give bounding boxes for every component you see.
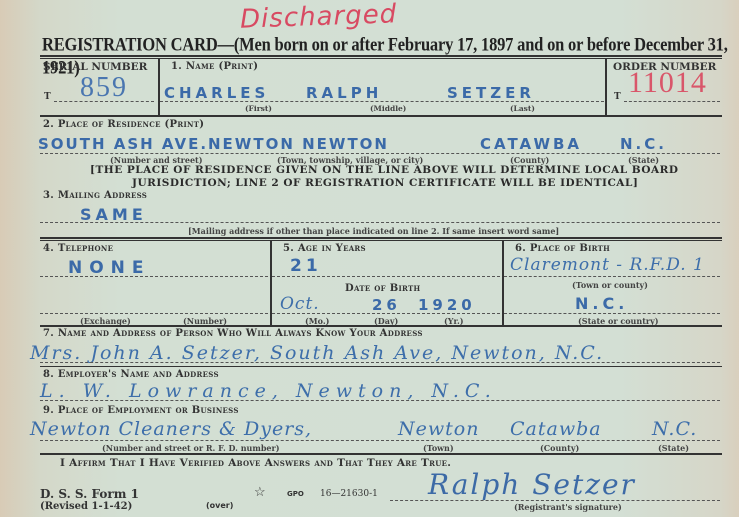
mailing-line — [40, 222, 720, 223]
contact-value: Mrs. John A. Setzer, South Ash Ave, Newt… — [30, 342, 604, 364]
dob-month-value: Oct. — [280, 294, 320, 314]
divider — [40, 453, 722, 455]
divider — [40, 366, 722, 367]
name-first-value: CHARLES — [164, 84, 269, 102]
telephone-label: 4. Telephone — [43, 243, 113, 254]
residence-state-value: N.C. — [620, 135, 667, 153]
employer-value: L. W. Lowrance, Newton, N.C. — [40, 380, 497, 402]
employer-line — [40, 400, 720, 401]
dob-label: Date of Birth — [345, 283, 420, 294]
telephone-line-2 — [40, 313, 268, 314]
birthplace-state-line — [504, 313, 720, 314]
form-number: D. S. S. Form 1 — [40, 487, 139, 501]
order-number-value: 11014 — [628, 66, 707, 100]
divider — [40, 237, 722, 239]
employment-street-value: Newton Cleaners & Dyers, — [30, 418, 312, 440]
birthplace-state-value: N.C. — [575, 294, 628, 313]
employment-county-value: Catawba — [510, 418, 602, 440]
residence-county-value: CATAWBA — [480, 135, 582, 153]
residence-town-value: NEWTON NEWTON — [208, 135, 389, 153]
divider — [40, 240, 722, 241]
employment-town-caption: (Town) — [423, 443, 454, 453]
signature-line — [390, 500, 720, 501]
employment-town-value: Newton — [398, 418, 479, 440]
employment-street-caption: (Number and street or R. F. D. number) — [102, 443, 280, 453]
name-last-caption: (Last) — [510, 104, 535, 113]
employer-label: 8. Employer's Name and Address — [43, 369, 219, 380]
divider — [40, 325, 722, 327]
contact-label: 7. Name and Address of Person Who Will A… — [43, 328, 423, 339]
birthplace-town-line — [504, 276, 720, 277]
name-middle-caption: (Middle) — [370, 104, 406, 113]
name-line — [160, 101, 604, 102]
residence-line — [40, 153, 720, 154]
order-prefix: T — [614, 92, 621, 102]
birthplace-town-caption: (Town or county) — [572, 280, 648, 290]
gpo-mark: GPO — [287, 490, 304, 498]
name-label: 1. Name (Print) — [171, 61, 258, 72]
discharged-stamp: Discharged — [240, 0, 398, 35]
mailing-caption: [Mailing address if other than place ind… — [188, 226, 559, 236]
over-note: (over) — [206, 501, 233, 510]
age-line — [272, 276, 500, 277]
telephone-value: NONE — [68, 258, 151, 278]
residence-notice-line1: [THE PLACE OF RESIDENCE GIVEN ON THE LIN… — [90, 164, 678, 176]
order-line — [624, 101, 720, 102]
serial-number-value: 859 — [80, 72, 128, 104]
mailing-label: 3. Mailing Address — [43, 190, 147, 201]
employment-line — [40, 440, 720, 441]
registration-card: Discharged REGISTRATION CARD—(Men born o… — [0, 0, 739, 517]
signature-caption: (Registrant's signature) — [514, 502, 622, 512]
name-last-value: SETZER — [447, 84, 535, 102]
divider — [605, 59, 607, 115]
dob-line — [272, 313, 500, 314]
divider — [158, 59, 160, 115]
name-middle-value: RALPH — [306, 84, 382, 102]
telephone-line — [40, 276, 268, 277]
residence-notice-line2: JURISDICTION; LINE 2 OF REGISTRATION CER… — [132, 177, 638, 189]
birthplace-label: 6. Place of Birth — [515, 243, 610, 254]
divider — [40, 55, 722, 57]
age-value: 21 — [290, 256, 322, 276]
print-code: 16—21630-1 — [320, 489, 378, 499]
serial-prefix: T — [44, 92, 51, 102]
divider — [40, 115, 722, 117]
age-label: 5. Age in Years — [283, 243, 366, 254]
residence-label: 2. Place of Residence (Print) — [43, 119, 204, 130]
dob-year-value: 1920 — [418, 296, 476, 314]
employment-label: 9. Place of Employment or Business — [43, 405, 239, 416]
employment-state-caption: (State) — [658, 443, 689, 453]
residence-street-value: SOUTH ASH AVE. — [38, 135, 208, 153]
dob-day-value: 26 — [372, 296, 401, 314]
employment-state-value: N.C. — [652, 418, 697, 440]
registrant-signature: Ralph Setzer — [428, 468, 636, 501]
star-icon: ☆ — [254, 485, 266, 500]
affirm-statement: I Affirm That I Have Verified Above Answ… — [60, 457, 451, 469]
birthplace-town-value: Claremont - R.F.D. 1 — [510, 255, 705, 275]
contact-line — [40, 362, 720, 363]
form-revised: (Revised 1-1-42) — [40, 501, 132, 512]
divider — [40, 58, 722, 59]
employment-county-caption: (County) — [540, 443, 579, 453]
name-first-caption: (First) — [245, 104, 272, 113]
